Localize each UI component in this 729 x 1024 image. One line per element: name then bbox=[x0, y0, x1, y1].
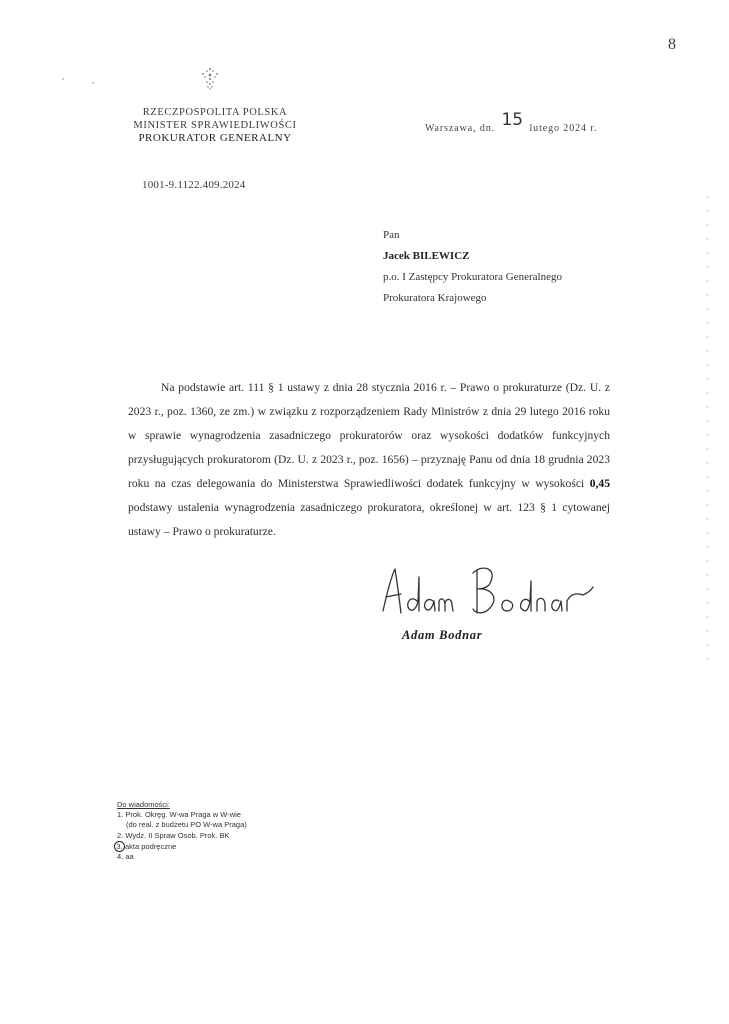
distribution-list: Do wiadomości: 1. Prok. Okręg. W-wa Prag… bbox=[117, 800, 247, 862]
addressee-position-1: p.o. I Zastępcy Prokuratora Generalnego bbox=[383, 267, 562, 288]
distribution-item: 4. aa bbox=[117, 852, 247, 862]
page-number: 8 bbox=[668, 36, 676, 54]
scan-margin-artifacts bbox=[706, 190, 709, 670]
place-prefix: Warszawa, dn. bbox=[425, 123, 495, 134]
handwritten-day: 15 bbox=[501, 110, 523, 130]
circled-mark: 3. bbox=[114, 841, 125, 852]
place-date: Warszawa, dn. 15 lutego 2024 r. bbox=[425, 116, 597, 136]
scan-speck bbox=[92, 82, 94, 84]
body-text-part1: Na podstawie art. 111 § 1 ustawy z dnia … bbox=[128, 381, 610, 490]
handwritten-signature bbox=[377, 563, 597, 618]
letterhead-office: PROKURATOR GENERALNY bbox=[100, 132, 330, 145]
month-year: lutego 2024 r. bbox=[530, 123, 598, 134]
reference-number: 1001-9.1122.409.2024 bbox=[142, 179, 246, 191]
allowance-amount: 0,45 bbox=[590, 477, 610, 490]
distribution-item: (do real. z budżetu PO W-wa Praga) bbox=[117, 820, 247, 830]
distribution-item: 2. Wydz. II Spraw Osob. Prok. BK bbox=[117, 831, 247, 841]
salutation: Pan bbox=[383, 225, 562, 246]
scan-speck bbox=[62, 78, 64, 80]
distribution-title: Do wiadomości: bbox=[117, 800, 247, 810]
signatory-name: Adam Bodnar bbox=[402, 628, 482, 643]
addressee-name: Jacek BILEWICZ bbox=[383, 246, 562, 267]
letterhead-country: RZECZPOSPOLITA POLSKA bbox=[100, 106, 330, 119]
addressee-position-2: Prokuratora Krajowego bbox=[383, 288, 562, 309]
distribution-item: 3.akta podręczne bbox=[117, 841, 247, 852]
letterhead-ministry: MINISTER SPRAWIEDLIWOŚCI bbox=[100, 119, 330, 132]
body-text-part2: podstawy ustalenia wynagrodzenia zasadni… bbox=[128, 501, 610, 538]
letter-body: Na podstawie art. 111 § 1 ustawy z dnia … bbox=[128, 376, 610, 544]
letterhead: RZECZPOSPOLITA POLSKA MINISTER SPRAWIEDL… bbox=[100, 106, 330, 145]
polish-eagle-emblem-icon bbox=[198, 66, 222, 90]
body-paragraph: Na podstawie art. 111 § 1 ustawy z dnia … bbox=[128, 376, 610, 544]
addressee-block: Pan Jacek BILEWICZ p.o. I Zastępcy Proku… bbox=[383, 225, 562, 309]
distribution-item: 1. Prok. Okręg. W-wa Praga w W-wie bbox=[117, 810, 247, 820]
